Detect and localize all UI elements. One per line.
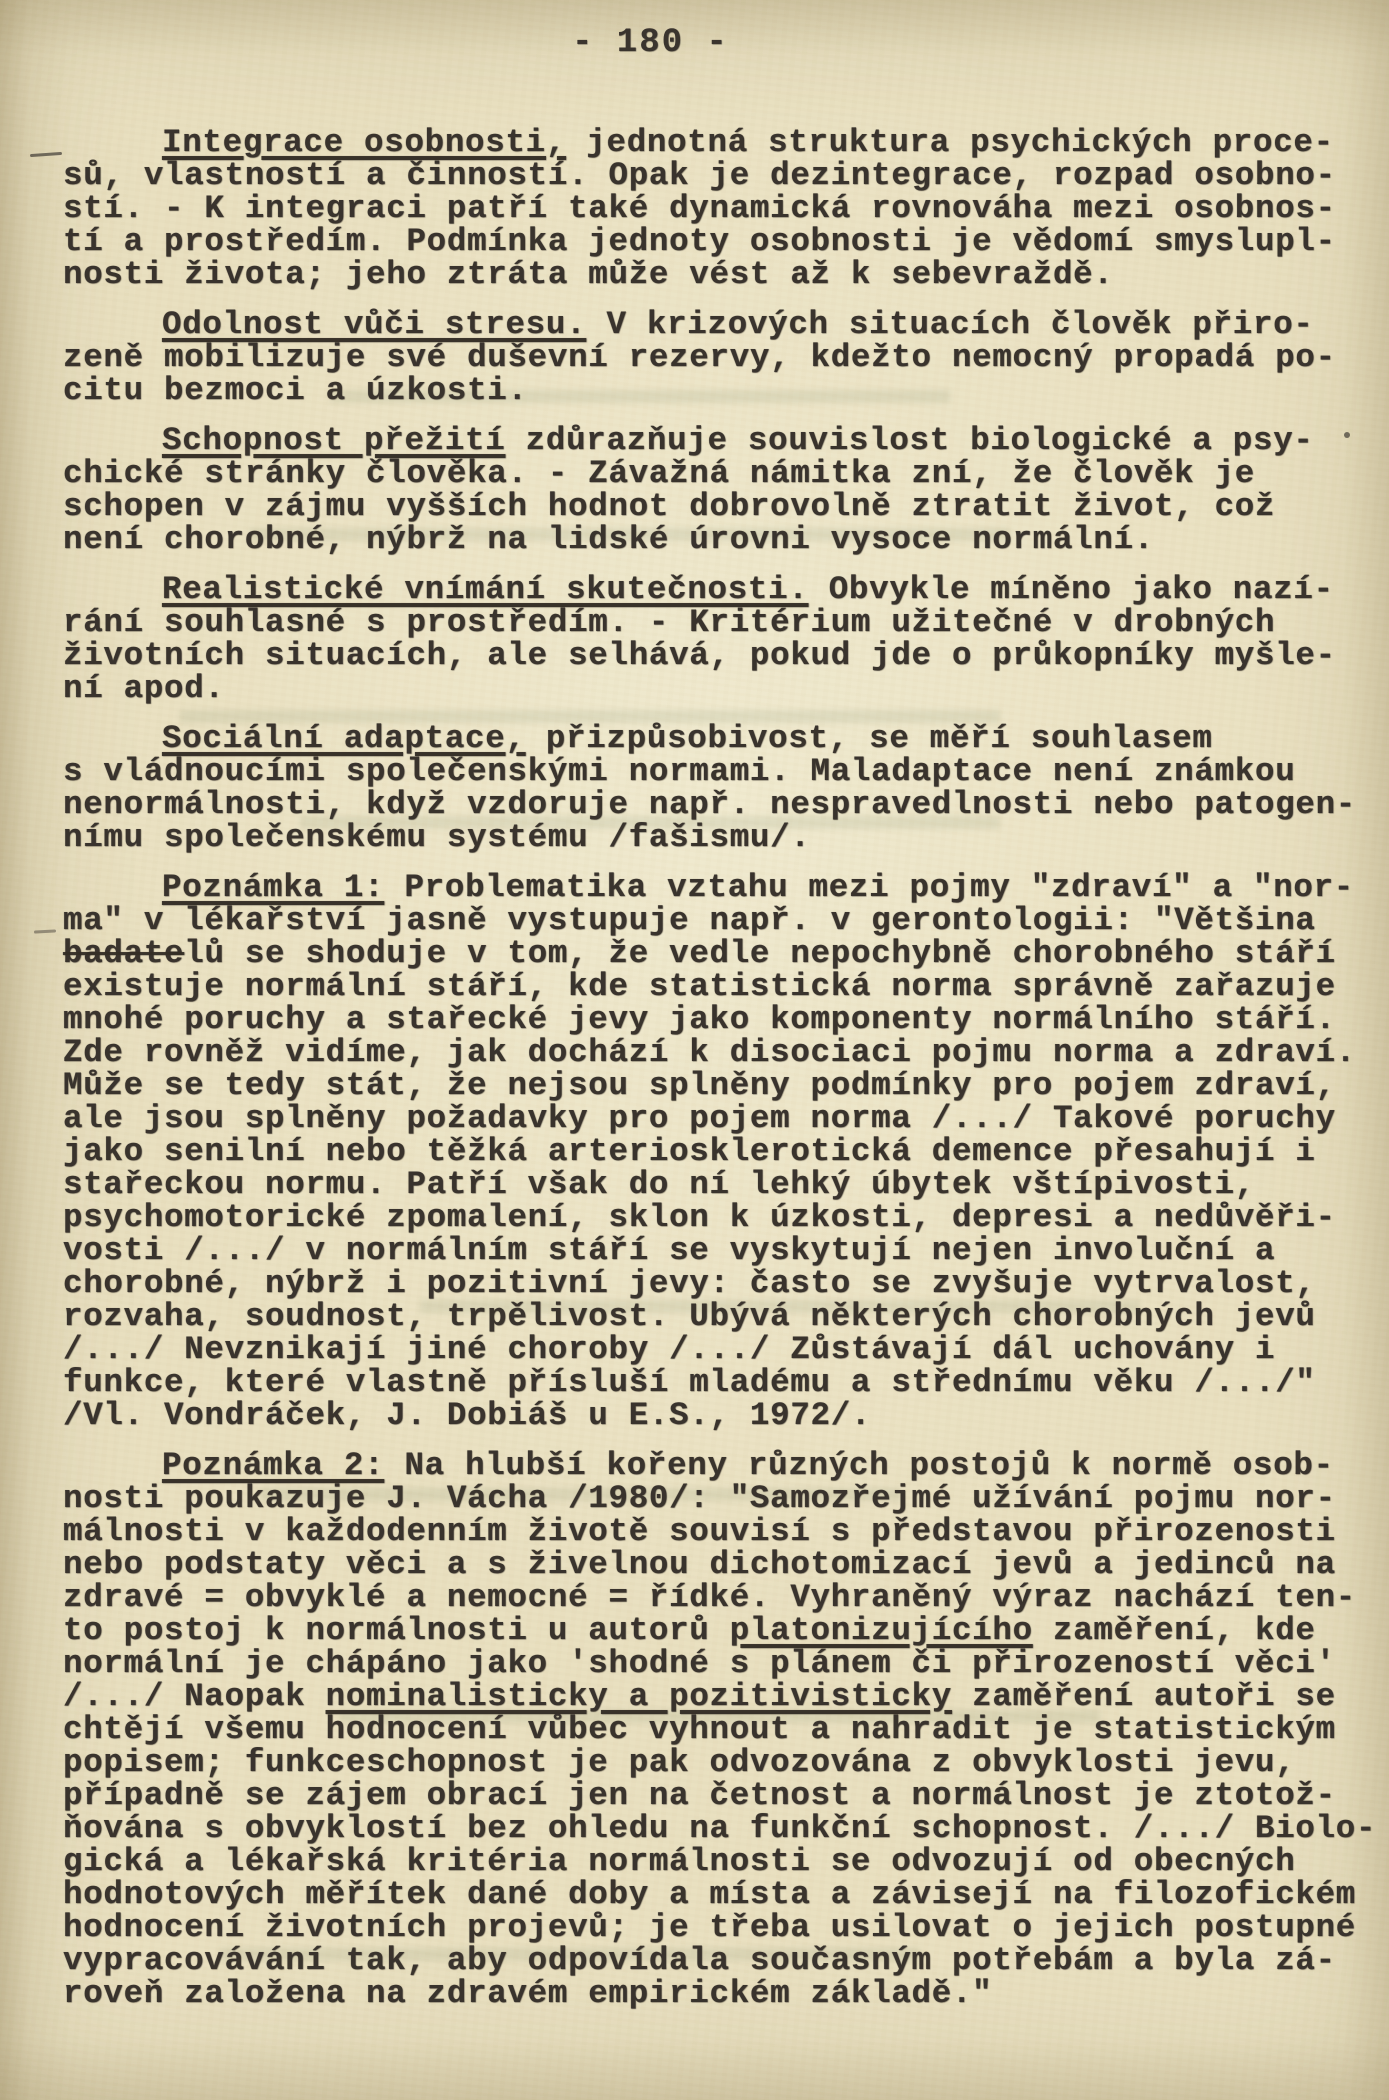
text-run: normální je chápáno jako 'shodné s pláne…	[63, 1645, 1336, 1682]
text-run: zaměření, kde	[1033, 1612, 1316, 1649]
paragraph: Integrace osobnosti, jednotná struktura …	[63, 126, 1359, 291]
text-line: rání souhlasné s prostředím. - Kritérium…	[63, 606, 1359, 639]
text-run: schopen v zájmu vyšších hodnot dobrovoln…	[63, 488, 1275, 525]
text-line: ňována s obvyklostí bez ohledu na funkčn…	[63, 1812, 1359, 1845]
text-line: gická a lékařská kritéria normálnosti se…	[63, 1845, 1359, 1878]
text-line: Integrace osobnosti, jednotná struktura …	[63, 126, 1359, 159]
text-run: vosti /.../ v normálním stáří se vyskytu…	[63, 1232, 1275, 1269]
text-run: vypracovávání tak, aby odpovídala součas…	[63, 1942, 1336, 1979]
text-line: rozvaha, soudnost, trpělivost. Ubývá něk…	[63, 1300, 1359, 1333]
text-run: stí. - K integraci patří také dynamická …	[63, 190, 1336, 227]
text-run: hodnocení životních projevů; je třeba us…	[63, 1909, 1356, 1946]
text-run: citu bezmoci a úzkosti.	[63, 372, 528, 409]
text-line: normální je chápáno jako 'shodné s pláne…	[63, 1647, 1359, 1680]
text-run: chorobné, nýbrž i pozitivní jevy: často …	[63, 1265, 1316, 1302]
text-run: zdůrazňuje souvislost biologické a psy-	[505, 422, 1313, 459]
text-line: chorobné, nýbrž i pozitivní jevy: často …	[63, 1267, 1359, 1300]
text-run: Může se tedy stát, že nejsou splněny pod…	[63, 1067, 1336, 1104]
paragraph: Schopnost přežití zdůrazňuje souvislost …	[63, 424, 1359, 556]
text-line: existuje normální stáří, kde statistická…	[63, 970, 1359, 1003]
paragraph: Sociální adaptace, přizpůsobivost, se mě…	[63, 722, 1359, 854]
paragraph: Poznámka 1: Problematika vztahu mezi poj…	[63, 871, 1359, 1432]
text-run: existuje normální stáří, kde statistická…	[63, 968, 1336, 1005]
text-line: jako senilní nebo těžká arteriosklerotic…	[63, 1135, 1359, 1168]
text-line: schopen v zájmu vyšších hodnot dobrovoln…	[63, 490, 1359, 523]
text-line: nosti života; jeho ztráta může vést až k…	[63, 258, 1359, 291]
text-line: nosti poukazuje J. Vácha /1980/: "Samozř…	[63, 1482, 1359, 1515]
text-line: Poznámka 1: Problematika vztahu mezi poj…	[63, 871, 1359, 904]
underlined-term: Realistické vnímání skutečnosti.	[162, 571, 809, 608]
text-line: málnosti v každodenním životě souvisí s …	[63, 1515, 1359, 1548]
text-line: popisem; funkceschopnost je pak odvozová…	[63, 1746, 1359, 1779]
text-line: psychomotorické zpomalení, sklon k úzkos…	[63, 1201, 1359, 1234]
text-run: popisem; funkceschopnost je pak odvozová…	[63, 1744, 1295, 1781]
text-run: psychomotorické zpomalení, sklon k úzkos…	[63, 1199, 1336, 1236]
text-line: chtějí všemu hodnocení vůbec vyhnout a n…	[63, 1713, 1359, 1746]
text-run: mnohé poruchy a stařecké jevy jako kompo…	[63, 1001, 1336, 1038]
text-run: Problematika vztahu mezi pojmy "zdraví" …	[384, 869, 1354, 906]
underlined-term: Sociální adaptace,	[162, 720, 526, 757]
text-line: funkce, které vlastně přísluší mladému a…	[63, 1366, 1359, 1399]
text-run: Na hlubší kořeny různých postojů k normě…	[384, 1447, 1334, 1484]
text-run: nenormálnosti, když vzdoruje např. nespr…	[63, 786, 1356, 823]
text-run: případně se zájem obrací jen na četnost …	[63, 1777, 1336, 1814]
text-line: stí. - K integraci patří také dynamická …	[63, 192, 1359, 225]
page-number: - 180 -	[572, 24, 729, 62]
text-run: ma" v lékařství jasně vystupuje např. v …	[63, 902, 1316, 939]
text-run: chické stránky člověka. - Závažná námitk…	[63, 455, 1255, 492]
text-line: /Vl. Vondráček, J. Dobiáš u E.S., 1972/.	[63, 1399, 1359, 1432]
text-run: hodnotových měřítek dané doby a místa a …	[63, 1876, 1356, 1913]
text-run: nebo podstaty věci a s živelnou dichotom…	[63, 1546, 1336, 1583]
text-line: chické stránky člověka. - Závažná námitk…	[63, 457, 1359, 490]
underlined-term: Poznámka 1:	[162, 869, 384, 906]
underlined-term: Poznámka 2:	[162, 1447, 384, 1484]
text-line: Může se tedy stát, že nejsou splněny pod…	[63, 1069, 1359, 1102]
text-line: zeně mobilizuje své duševní rezervy, kde…	[63, 341, 1359, 374]
text-line: ní apod.	[63, 672, 1359, 705]
text-run: roveň založena na zdravém empirickém zák…	[63, 1975, 992, 2012]
text-run: přizpůsobivost, se měří souhlasem	[526, 720, 1213, 757]
paragraph: Odolnost vůči stresu. V krizových situac…	[63, 308, 1359, 407]
text-line: zdravé = obvyklé a nemocné = řídké. Vyhr…	[63, 1581, 1359, 1614]
text-run: málnosti v každodenním životě souvisí s …	[63, 1513, 1336, 1550]
text-run: s vládnoucími společenskými normami. Mal…	[63, 753, 1295, 790]
text-line: životních situacích, ale selhává, pokud …	[63, 639, 1359, 672]
text-line: Realistické vnímání skutečnosti. Obvykle…	[63, 573, 1359, 606]
text-line: není chorobné, nýbrž na lidské úrovni vy…	[63, 523, 1359, 556]
text-run: nosti poukazuje J. Vácha /1980/: "Samozř…	[63, 1480, 1336, 1517]
text-line: vosti /.../ v normálním stáří se vyskytu…	[63, 1234, 1359, 1267]
text-line: badatelů se shoduje v tom, že vedle nepo…	[63, 937, 1359, 970]
text-run: sů, vlastností a činností. Opak je dezin…	[63, 157, 1336, 194]
text-run: Zde rovněž vidíme, jak dochází k disocia…	[63, 1034, 1356, 1071]
text-line: to postoj k normálnosti u autorů platoni…	[63, 1614, 1359, 1647]
text-run: ňována s obvyklostí bez ohledu na funkčn…	[63, 1810, 1376, 1847]
text-run: rání souhlasné s prostředím. - Kritérium…	[63, 604, 1275, 641]
text-run: chtějí všemu hodnocení vůbec vyhnout a n…	[63, 1711, 1336, 1748]
text-run: V krizových situacích člověk přiro-	[586, 306, 1313, 343]
text-run: jako senilní nebo těžká arteriosklerotic…	[63, 1133, 1316, 1170]
underlined-term: platonizujícího	[730, 1612, 1033, 1649]
text-run: Obvykle míněno jako nazí-	[809, 571, 1334, 608]
text-run: /.../ Nevznikají jiné choroby /.../ Zůst…	[63, 1331, 1275, 1368]
text-line: Schopnost přežití zdůrazňuje souvislost …	[63, 424, 1359, 457]
text-line: /.../ Naopak nominalisticky a pozitivist…	[63, 1680, 1359, 1713]
paragraph: Realistické vnímání skutečnosti. Obvykle…	[63, 573, 1359, 705]
text-run: ní apod.	[63, 670, 225, 707]
text-line: nebo podstaty věci a s živelnou dichotom…	[63, 1548, 1359, 1581]
text-run: /Vl. Vondráček, J. Dobiáš u E.S., 1972/.	[63, 1397, 871, 1434]
text-run: zdravé = obvyklé a nemocné = řídké. Vyhr…	[63, 1579, 1356, 1616]
text-line: Odolnost vůči stresu. V krizových situac…	[63, 308, 1359, 341]
document-body: Integrace osobnosti, jednotná struktura …	[63, 126, 1359, 2027]
paragraph: Poznámka 2: Na hlubší kořeny různých pos…	[63, 1449, 1359, 2010]
text-run: nímu společenskému systému /fašismu/.	[63, 819, 811, 856]
text-line: s vládnoucími společenskými normami. Mal…	[63, 755, 1359, 788]
text-run: není chorobné, nýbrž na lidské úrovni vy…	[63, 521, 1154, 558]
text-run: gická a lékařská kritéria normálnosti se…	[63, 1843, 1295, 1880]
text-run: stařeckou normu. Patří však do ní lehký …	[63, 1166, 1255, 1203]
text-line: hodnocení životních projevů; je třeba us…	[63, 1911, 1359, 1944]
text-line: vypracovávání tak, aby odpovídala součas…	[63, 1944, 1359, 1977]
text-line: roveň založena na zdravém empirickém zák…	[63, 1977, 1359, 2010]
text-run: tí a prostředím. Podmínka jednoty osobno…	[63, 223, 1336, 260]
text-line: Zde rovněž vidíme, jak dochází k disocia…	[63, 1036, 1359, 1069]
text-line: Sociální adaptace, přizpůsobivost, se mě…	[63, 722, 1359, 755]
text-run: zeně mobilizuje své duševní rezervy, kde…	[63, 339, 1336, 376]
text-line: citu bezmoci a úzkosti.	[63, 374, 1359, 407]
text-line: ma" v lékařství jasně vystupuje např. v …	[63, 904, 1359, 937]
text-run: /.../ Naopak	[63, 1678, 326, 1715]
underlined-term: Odolnost vůči stresu.	[162, 306, 586, 343]
text-line: tí a prostředím. Podmínka jednoty osobno…	[63, 225, 1359, 258]
text-run: zaměření autoři se	[952, 1678, 1336, 1715]
text-line: sů, vlastností a činností. Opak je dezin…	[63, 159, 1359, 192]
underlined-term: Schopnost přežití	[162, 422, 505, 459]
text-line: /.../ Nevznikají jiné choroby /.../ Zůst…	[63, 1333, 1359, 1366]
text-line: hodnotových měřítek dané doby a místa a …	[63, 1878, 1359, 1911]
struck-text: badate	[63, 935, 184, 972]
text-run: lů se shoduje v tom, že vedle nepochybně…	[184, 935, 1336, 972]
underlined-term: nominalisticky a pozitivisticky	[326, 1678, 952, 1715]
text-line: nímu společenskému systému /fašismu/.	[63, 821, 1359, 854]
underlined-term: Integrace osobnosti,	[162, 124, 566, 161]
text-run: to postoj k normálnosti u autorů	[63, 1612, 730, 1649]
text-run: nosti života; jeho ztráta může vést až k…	[63, 256, 1114, 293]
text-line: ale jsou splněny požadavky pro pojem nor…	[63, 1102, 1359, 1135]
text-line: Poznámka 2: Na hlubší kořeny různých pos…	[63, 1449, 1359, 1482]
text-run: rozvaha, soudnost, trpělivost. Ubývá něk…	[63, 1298, 1316, 1335]
text-line: mnohé poruchy a stařecké jevy jako kompo…	[63, 1003, 1359, 1036]
text-run: životních situacích, ale selhává, pokud …	[63, 637, 1336, 674]
text-line: stařeckou normu. Patří však do ní lehký …	[63, 1168, 1359, 1201]
text-line: případně se zájem obrací jen na četnost …	[63, 1779, 1359, 1812]
text-run: ale jsou splněny požadavky pro pojem nor…	[63, 1100, 1336, 1137]
text-line: nenormálnosti, když vzdoruje např. nespr…	[63, 788, 1359, 821]
text-run: jednotná struktura psychických proce-	[566, 124, 1334, 161]
text-run: funkce, které vlastně přísluší mladému a…	[63, 1364, 1316, 1401]
